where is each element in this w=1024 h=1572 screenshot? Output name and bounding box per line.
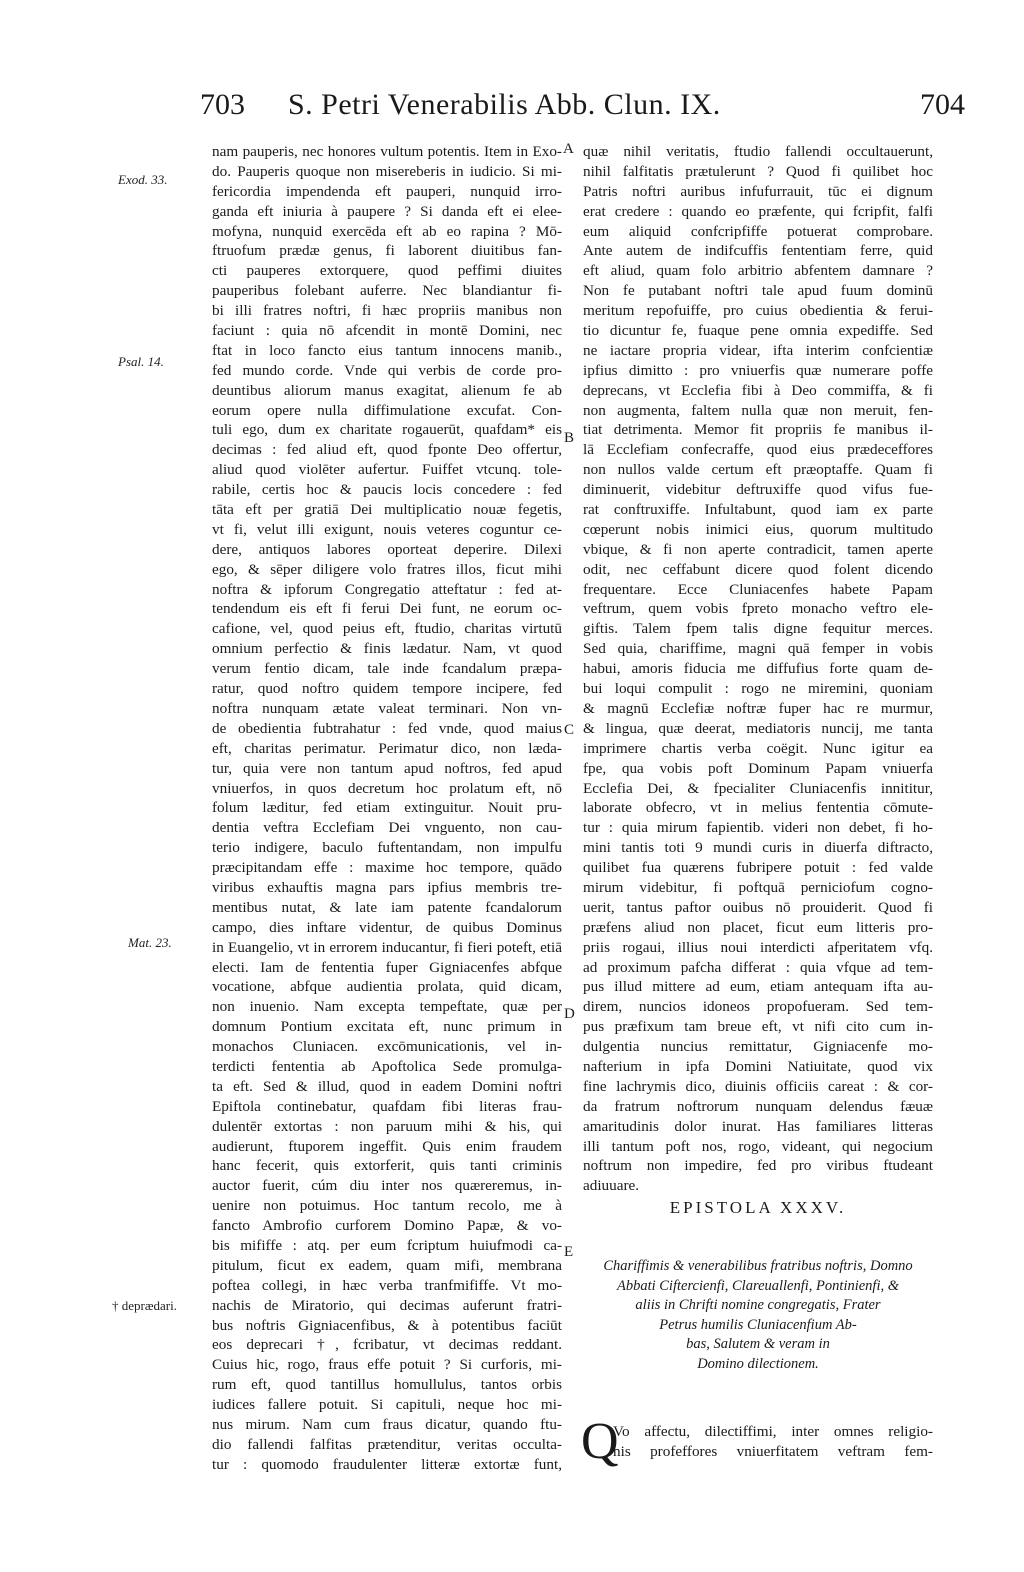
running-header: 703 S. Petri Venerabilis Abb. Clun. IX. … [0,88,1024,128]
text-line: Sed quia, chariffime, magni quā femper i… [583,639,933,659]
text-line: præfens aliud non placet, ficut eum litt… [583,918,933,938]
epistola-salutation: Chariffimis & venerabilibus fratribus no… [583,1257,933,1374]
text-line: mirum videbitur, fi poftquā perniciofum … [583,878,933,898]
text-line: folum læditur, fed etiam extinguitur. No… [212,798,562,818]
text-line: noftrum non impedire, fed pro viribus ft… [583,1156,933,1176]
text-line: odit, nec ceffabunt dicere quod folent d… [583,560,933,580]
text-line: priis rogaui, illius noui interdicti afp… [583,938,933,958]
text-line: non augmenta, faltem nulla quæ non merui… [583,401,933,421]
text-line: tiat detrimenta. Memor fit propriis fe m… [583,420,933,440]
text-line: nihil falfitatis prætulerunt ? Quod fi q… [583,162,933,182]
text-line: vniuerfos, in quos decretum hoc prolatum… [212,779,562,799]
right-column: quæ nihil veritatis, ftudio fallendi occ… [583,142,933,1196]
text-line: giftis. Talem fpem talis digne fequitur … [583,619,933,639]
text-line: faciunt : quia nō afcendit in montē Domi… [212,321,562,341]
text-line: hanc fecerit, quis extorferit, quis tant… [212,1156,562,1176]
text-line: viribus exhauftis magna pars ipfius memb… [212,878,562,898]
text-line: rat conftruxiffe. Infultabunt, quod iam … [583,500,933,520]
text-line: bis mififfe : atq. per eum fcriptum huiu… [212,1236,562,1256]
text-line: frequentare. Ecce Cluniacenfes habete Pa… [583,580,933,600]
text-line: monachos Cluniacen. excōmunicationis, ve… [212,1037,562,1057]
text-line: terdicti fententia ab Apoftolica Sede pr… [212,1057,562,1077]
text-line: dentia veftra Ecclefiam Dei vnguento, no… [212,818,562,838]
text-line: non nullos valde certum eft præoptaffe. … [583,460,933,480]
text-line: dulgentia nuncius remittatur, Gigniacenf… [583,1037,933,1057]
text-line: pauperibus folebant auferre. Nec blandia… [212,281,562,301]
text-line: verum fentio dicam, tale inde fcandalum … [212,659,562,679]
text-line: eft aliud, quam folo arbitrio abfentem d… [583,261,933,281]
text-line: ne iactare propria videar, ifta interim … [583,341,933,361]
margin-note-exod: Exod. 33. [118,172,167,188]
text-line: & lingua, quæ deerat, mediatoris nuncij,… [583,719,933,739]
text-line: bas, Salutem & veram in [583,1335,933,1355]
text-line: tur : quia mirum fapientib. videri non d… [583,818,933,838]
text-line: Petrus humilis Cluniacenfium Ab- [583,1316,933,1336]
text-line: & magnū Ecclefiæ noftræ fuper hac re mur… [583,699,933,719]
text-line: cœperunt nobis inimici eius, quorum mult… [583,520,933,540]
text-line: lā Ecclefiam confecraffe, quod eius præd… [583,440,933,460]
text-line: bus noftris Gigniacenfibus, & à potentib… [212,1316,562,1336]
text-line: quilibet fua quærens fubripere potuit : … [583,858,933,878]
text-line: mentibus nutat, & late iam patente fcand… [212,898,562,918]
text-line: eorum opere nulla diffimulatione excufat… [212,401,562,421]
text-line: nam pauperis, nec honores vultum potenti… [212,142,562,162]
text-line: ta eft. Sed & illud, quod in eadem Domin… [212,1077,562,1097]
text-line: dio fallendi falfitas prætenditur, verit… [212,1435,562,1455]
section-marker-a: A [563,141,574,158]
text-line: adiuuare. [583,1176,933,1196]
text-line: eft, charitas perimatur. Perimatur dico,… [212,739,562,759]
text-line: noftra nunquam ætate valeat terminari. N… [212,699,562,719]
text-line: cafione, vel, quod peius eft, ftudio, ch… [212,619,562,639]
text-line: vt fi, velut illi exigunt, nouis veteres… [212,520,562,540]
text-line: non inuenio. Nam excepta tempeftate, quæ… [212,997,562,1017]
text-line: tuli ego, dum ex charitate rogauerūt, qu… [212,420,562,440]
text-line: Patris noftri auribus infufurrauit, tūc … [583,182,933,202]
text-line: rabile, certis hoc & paucis locis conced… [212,480,562,500]
text-line: vbique, & fi non aperte contradicit, tam… [583,540,933,560]
section-marker-b: B [564,430,574,447]
text-line: Chariffimis & venerabilibus fratribus no… [583,1257,933,1277]
text-line: vocatione, abfque audientia prolata, qui… [212,977,562,997]
text-line: noftra & ipforum Congregatio atteftatur … [212,580,562,600]
margin-note-mat: Mat. 23. [128,935,172,951]
margin-note-psal: Psal. 14. [118,354,164,370]
text-line: fancto Ambrofio curforem Domino Papæ, & … [212,1216,562,1236]
text-line: imprimere chartis verba coëgit. Nunc igi… [583,739,933,759]
text-line: pus illud mittere ad eum, etiam antequam… [583,977,933,997]
text-line: tendendum eis eft fi ferui Dei funt, ne … [212,599,562,619]
text-line: do. Pauperis quoque non misereberis in i… [212,162,562,182]
text-line: habui, amoris fiducia me diffufius forte… [583,659,933,679]
text-line: dulentēr extortas : non paruum mihi & hi… [212,1117,562,1137]
text-line: auctor fuerit, cúm diu inter nos quærere… [212,1176,562,1196]
text-line: illi tantum poft nos, rogo, videant, qui… [583,1137,933,1157]
text-line: Vo affectu, dilectiffimi, inter omnes re… [613,1422,933,1442]
text-line: Epiftola continebatur, quafdam fibi lite… [212,1097,562,1117]
text-line: nis profeffores vniuerfitatem veftram fe… [613,1442,933,1462]
text-line: erat credere : quando eo præfente, qui f… [583,202,933,222]
text-line: nachis de Miratorio, qui decimas auferun… [212,1296,562,1316]
running-title: S. Petri Venerabilis Abb. Clun. IX. [288,88,721,122]
text-line: meritum repofuiffe, pro cuius obedientia… [583,301,933,321]
text-line: tio dicuntur fe, fuaque pene omnia exped… [583,321,933,341]
text-line: audierunt, ftuporem ingeffit. Quis enim … [212,1137,562,1157]
text-line: veftrum, quem vobis fpreto monacho veftr… [583,599,933,619]
text-line: fine lachrymis dico, diuinis officiis ca… [583,1077,933,1097]
text-line: ftruofum prædæ genus, fi laborent diuiti… [212,241,562,261]
text-line: campo, dies inftare videntur, de quibus … [212,918,562,938]
text-line: fericordia impendenda eft pauperi, nunqu… [212,182,562,202]
text-line: cti pauperes extorquere, quod peffimi di… [212,261,562,281]
text-line: poftea collegi, in hæc verba tranfmififf… [212,1276,562,1296]
text-line: mofyna, nunquid exercēda eft ab eo rapin… [212,222,562,242]
text-line: bui loqui compulit : rogo ne miremini, q… [583,679,933,699]
text-line: quæ nihil veritatis, ftudio fallendi occ… [583,142,933,162]
text-line: Abbati Ciftercienfi, Clareuallenfi, Pont… [583,1277,933,1297]
text-line: ftat in loco fancto eius tantum innocens… [212,341,562,361]
text-line: deprecans, vt Ecclefia fibi à Deo commif… [583,381,933,401]
text-line: direm, nuncios idoneos propofueram. Sed … [583,997,933,1017]
text-line: pitulum, ficut ex eadem, quam mifi, memb… [212,1256,562,1276]
text-line: bi illi fratres noftri, fi hæc propriis … [212,301,562,321]
text-line: ego, & sēper diligere volo fratres illos… [212,560,562,580]
text-line: electi. Iam de fententia fuper Gigniacen… [212,958,562,978]
text-line: mini tantis toti 9 mundi curis in diuerf… [583,838,933,858]
section-marker-c: C [564,722,574,739]
margin-note-depraedari: † deprædari. [112,1298,177,1314]
text-line: tur : quomodo fraudulenter litteræ extor… [212,1455,562,1475]
text-line: da fratrum noftrorum nunquam delendus fæ… [583,1097,933,1117]
text-line: iudices fallere potuit. Si capituli, neq… [212,1395,562,1415]
text-line: ad proximum pafcha differat : quia vfque… [583,958,933,978]
page-number-left: 703 [200,88,245,122]
text-line: in Euangelio, vt in errorem inducantur, … [212,938,562,958]
text-line: amaritudinis dolor inurat. Has familiare… [583,1117,933,1137]
text-line: uenire non potuimus. Hoc tantum recolo, … [212,1196,562,1216]
text-line: pus præfixum tam breue eft, vt nifi cito… [583,1017,933,1037]
text-line: eum aliquid confcripfiffe potuerat compr… [583,222,933,242]
text-line: Ante autem de indifcuffis fententiam fer… [583,241,933,261]
text-line: fed mundo corde. Vnde qui verbis de cord… [212,361,562,381]
text-line: aliud quod violēter aufertur. Fuiffet vt… [212,460,562,480]
text-line: dere, antiquos labores oporteat deperire… [212,540,562,560]
text-line: uerit, tantus paftor ouibus nō prouideri… [583,898,933,918]
epistola-title: EPISTOLA XXXV. [583,1198,933,1218]
text-line: nafterium in ipfa Domini Natiuitate, quo… [583,1057,933,1077]
left-column: nam pauperis, nec honores vultum potenti… [212,142,562,1475]
text-line: ganda eft iniuria à paupere ? Si danda e… [212,202,562,222]
text-line: nus mirum. Nam cum fraus dicatur, quando… [212,1415,562,1435]
text-line: eos deprecari †, fcribatur, vt decimas r… [212,1335,562,1355]
text-line: decimas : fed aliud eft, quod fponte Deo… [212,440,562,460]
text-line: Cuius hic, rogo, fraus effe potuit ? Si … [212,1355,562,1375]
text-line: omnium perfectio & finis lædatur. Nam, v… [212,639,562,659]
text-line: Non fe putabant noftri tale apud fuum do… [583,281,933,301]
section-marker-d: D [564,1006,575,1023]
section-marker-e: E [564,1244,573,1261]
text-line: fpe, qua vobis poft Dominum Papam vniuer… [583,759,933,779]
page-number-right: 704 [920,88,965,122]
text-line: Ecclefia Dei, & fpecialiter Cluniacenfis… [583,779,933,799]
text-line: tur, quia vere non tantum apud noftros, … [212,759,562,779]
text-line: aliis in Chrifti nomine congregatis, Fra… [583,1296,933,1316]
text-line: terio indigere, baculo fuftentandam, non… [212,838,562,858]
text-line: præcipitandam effe : maxime hoc tempore,… [212,858,562,878]
text-line: tāta eft per gratiā Dei multiplicatio no… [212,500,562,520]
text-line: ipfius dimitto : pro vniuerfis quæ numer… [583,361,933,381]
text-line: Domino dilectionem. [583,1355,933,1375]
text-line: diminuerit, videbitur deftruxiffe quod v… [583,480,933,500]
text-line: de obedientia fubtrahatur : fed vnde, qu… [212,719,562,739]
text-line: rum eft, quod tantillus homullulus, tant… [212,1375,562,1395]
text-line: domnum Pontium excitata eft, nunc primum… [212,1017,562,1037]
epistola-opening: Q Vo affectu, dilectiffimi, inter omnes … [583,1422,933,1462]
text-line: laborate obfecro, vt in melius fententia… [583,798,933,818]
text-line: ratur, quod noftro quidem tempore incipe… [212,679,562,699]
drop-cap: Q [581,1418,619,1466]
text-line: deuntibus aliorum manus exagitat, alienu… [212,381,562,401]
